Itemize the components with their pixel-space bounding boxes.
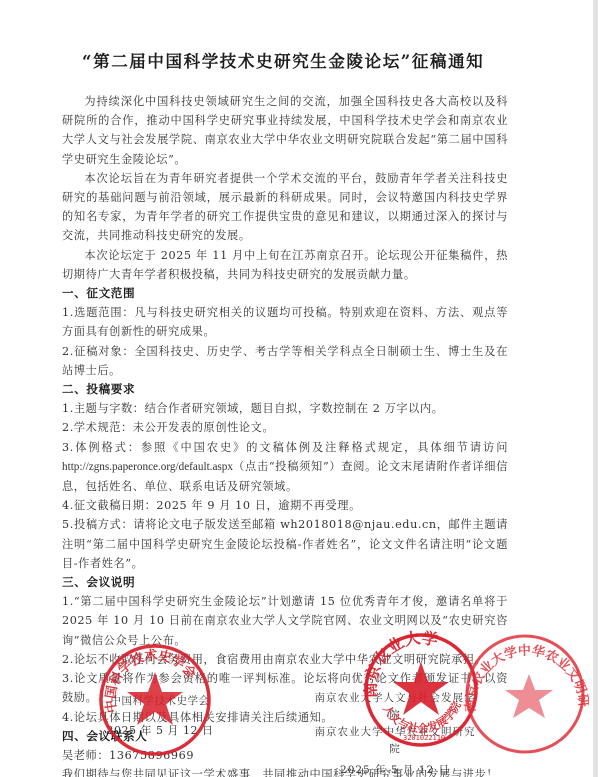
signature-left: 中国科学技术史学会 2025 年 5 月 12 日 — [100, 693, 220, 738]
list-item: 4.征文截稿日期：2025 年 9 月 10 日，逾期不再受理。 — [62, 496, 508, 515]
page-edge-strip — [593, 0, 598, 777]
signature-org: 南京农业大学人文与社会发展学院 — [310, 690, 480, 724]
format-text: 3.体例格式：参照《中国农史》的文稿体例及注释格式规定，具体细节请访问 — [62, 441, 508, 454]
list-item: 5.投稿方式：请将论文电子版发送至邮箱 wh2018018@njau.edu.c… — [62, 515, 508, 573]
section-heading-scope: 一、征文范围 — [62, 284, 508, 303]
intro-paragraph: 为持续深化中国科技史领域研究生之间的交流，加强全国科技史各大高校以及科研院所的合… — [62, 92, 508, 169]
list-item: 2.学术规范：未公开发表的原创性论文。 — [62, 418, 508, 437]
list-item: 2.征稿对象：全国科技史、历史学、考古学等相关学科点全日制硕士生、博士生及在站博… — [62, 342, 508, 380]
signature-date: 2025 年 5 月 12 日 — [100, 722, 220, 738]
list-item-format: 3.体例格式：参照《中国农史》的文稿体例及注释格式规定，具体细节请访问http:… — [62, 438, 508, 497]
list-item: 1.“第二届中国科学史研究生金陵论坛”计划邀请 15 位优秀青年才俊，邀请名单将… — [62, 592, 508, 650]
list-item: 1.主题与字数：结合作者研究领域，题目自拟，字数控制在 2 万字以内。 — [62, 399, 508, 418]
page-title: “第二届中国科学技术史研究生金陵论坛”征稿通知 — [82, 48, 482, 72]
document-body: 为持续深化中国科技史领域研究生之间的交流，加强全国科技史各大高校以及科研院所的合… — [62, 92, 508, 777]
section-heading-notes: 三、会议说明 — [62, 573, 508, 592]
section-heading-requirements: 二、投稿要求 — [62, 380, 508, 399]
intro-paragraph: 本次论坛旨在为青年研究者提供一个学术交流的平台，鼓励青年学者关注科技史研究的基础… — [62, 169, 508, 246]
signature-date: 2025 年 5 月 12 日 — [310, 762, 480, 777]
list-item: 1.选题范围：凡与科技史研究相关的议题均可投稿。特别欢迎在资料、方法、观点等方面… — [62, 303, 508, 341]
signature-org: 南京农业大学中华农业文明研究院 — [310, 724, 480, 758]
signature-org: 中国科学技术史学会 — [100, 693, 220, 708]
signature-right: 南京农业大学人文与社会发展学院 南京农业大学中华农业文明研究院 2025 年 5… — [310, 690, 480, 777]
submission-guide-link[interactable]: http://zgns.paperonce.org/default.aspx — [62, 461, 233, 473]
intro-paragraph: 本次论坛定于 2025 年 11 月中上旬在江苏南京召开。论坛现公开征集稿件，热… — [62, 246, 508, 284]
list-item: 2.论坛不收取任何会务费用，食宿费用由南京农业大学中华农业文明研究院承担。 — [62, 650, 508, 669]
